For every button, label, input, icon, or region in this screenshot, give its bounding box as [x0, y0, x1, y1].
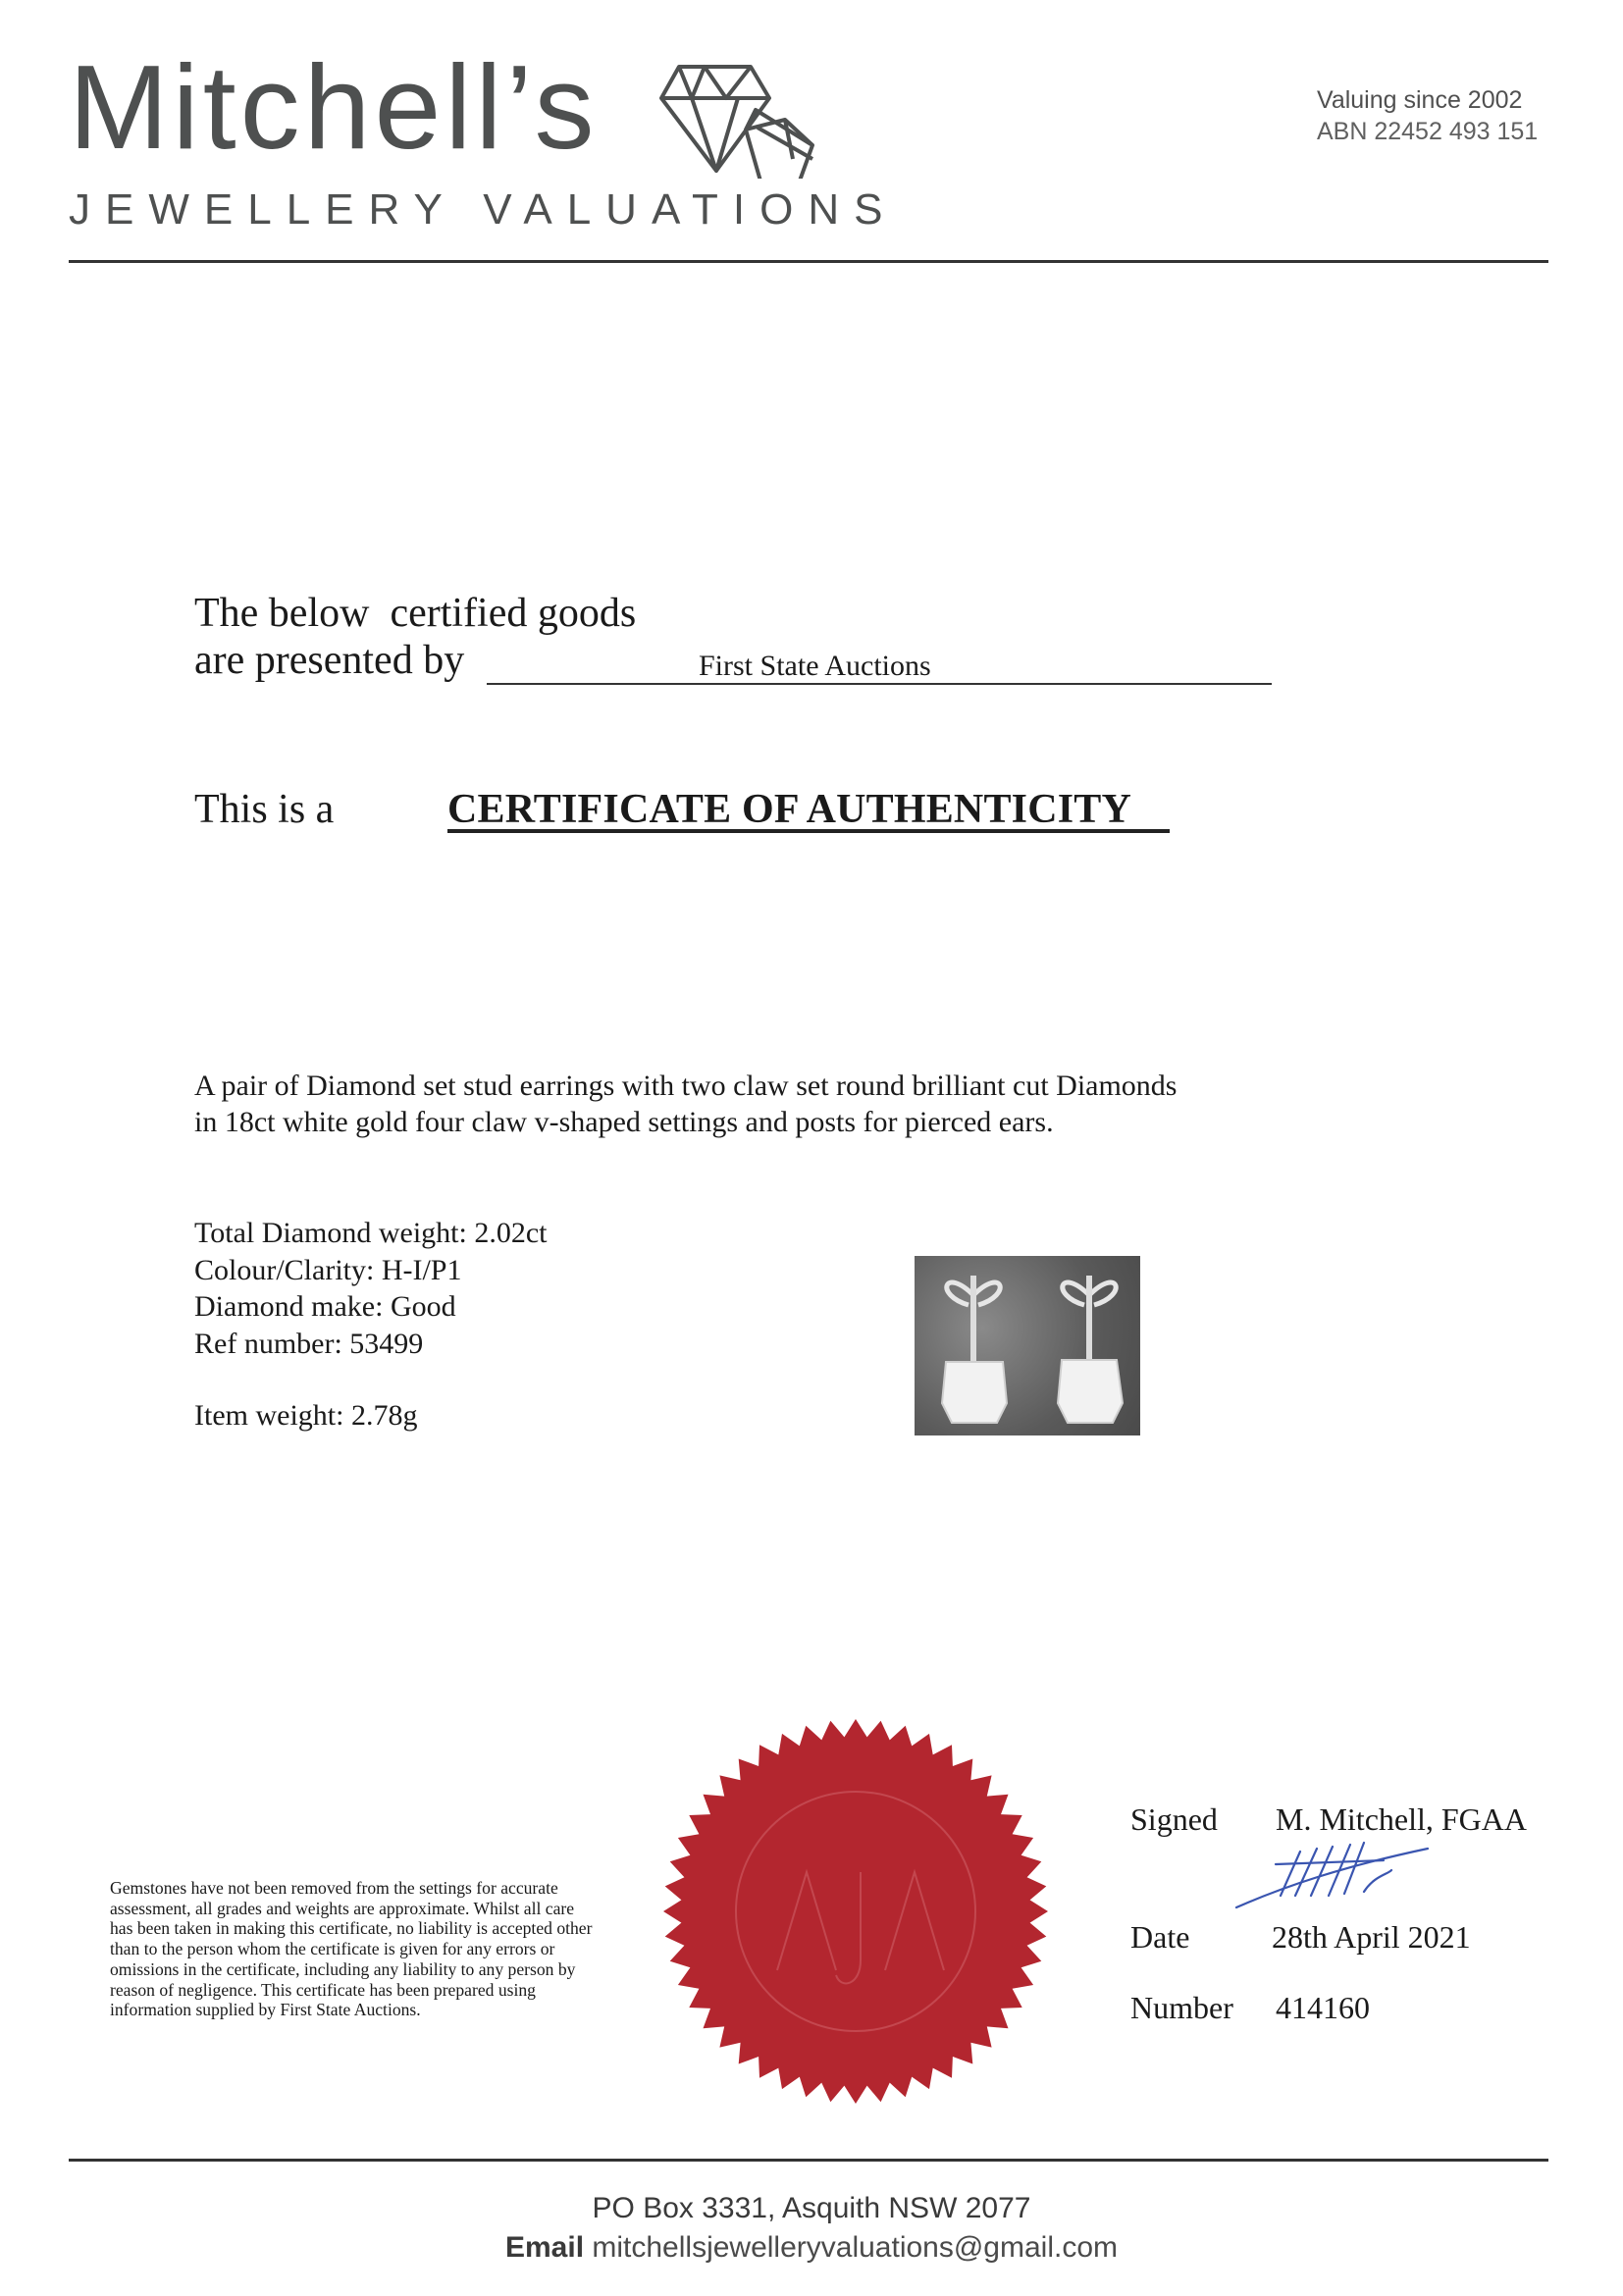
- certificate-number: 414160: [1276, 1992, 1370, 2023]
- certificate-date: 28th April 2021: [1272, 1921, 1471, 1953]
- brand-name: Mitchell’s: [69, 47, 598, 167]
- item-specs: Total Diamond weight: 2.02ct Colour/Clar…: [194, 1215, 548, 1362]
- spec-total-diamond-weight: Total Diamond weight: 2.02ct: [194, 1215, 548, 1252]
- handwritten-signature-icon: [1227, 1837, 1442, 1915]
- date-label: Date: [1130, 1921, 1189, 1953]
- abn-number: ABN 22452 493 151: [1317, 120, 1538, 144]
- email-line: Email mitchellsjewelleryvaluations@gmail…: [0, 2233, 1623, 2263]
- signer-name: M. Mitchell, FGAA: [1276, 1803, 1527, 1835]
- presenter-underline: [487, 683, 1272, 685]
- brand-subtitle: JEWELLERY VALUATIONS: [69, 188, 897, 232]
- tagline: Valuing since 2002: [1317, 88, 1522, 113]
- footer-divider: [69, 2159, 1548, 2162]
- email-address[interactable]: mitchellsjewelleryvaluations@gmail.com: [592, 2231, 1118, 2264]
- intro-line-2: are presented by: [194, 640, 464, 681]
- spec-colour-clarity: Colour/Clarity: H-I/P1: [194, 1252, 548, 1289]
- red-seal-icon: [659, 1715, 1052, 2108]
- presenter-name: First State Auctions: [699, 652, 931, 681]
- header-divider: [69, 260, 1548, 263]
- intro-line-1: The below certified goods: [194, 593, 636, 634]
- certificate-title-underline: [447, 829, 1170, 833]
- spec-diamond-make: Diamond make: Good: [194, 1288, 548, 1326]
- certificate-title: CERTIFICATE OF AUTHENTICITY: [447, 789, 1131, 830]
- postal-address: PO Box 3331, Asquith NSW 2077: [0, 2194, 1623, 2223]
- earrings-photo: [915, 1256, 1140, 1435]
- spec-ref-number: Ref number: 53499: [194, 1326, 548, 1363]
- email-label: Email: [505, 2231, 584, 2264]
- disclaimer-text: Gemstones have not been removed from the…: [110, 1878, 601, 2020]
- diamond-pair-icon: [648, 51, 824, 179]
- number-label: Number: [1130, 1992, 1233, 2023]
- item-description: A pair of Diamond set stud earrings with…: [194, 1068, 1195, 1140]
- signed-label: Signed: [1130, 1803, 1218, 1835]
- certificate-prefix: This is a: [194, 789, 334, 830]
- diamond-stud-earrings-icon: [915, 1256, 1140, 1435]
- item-weight: Item weight: 2.78g: [194, 1401, 417, 1431]
